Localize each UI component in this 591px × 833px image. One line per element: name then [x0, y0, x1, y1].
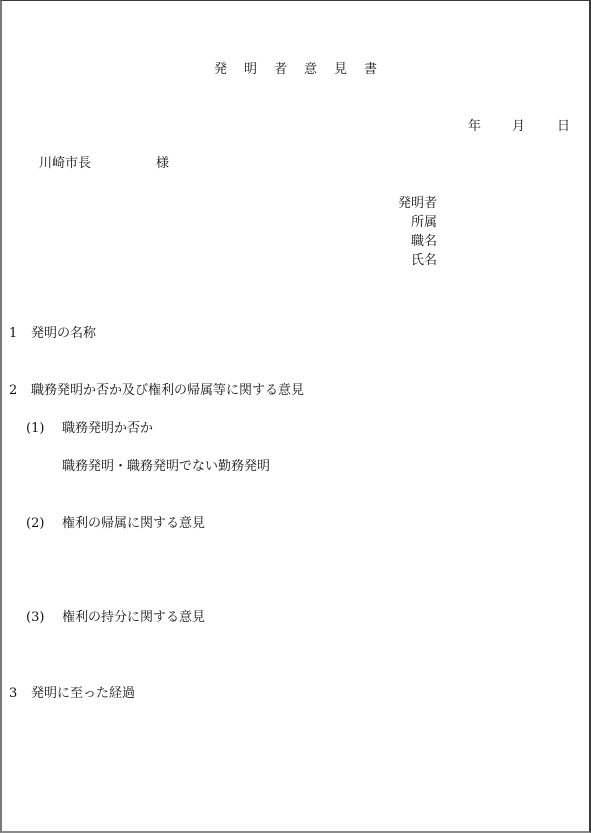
date-day-label: 日	[557, 119, 570, 135]
title-char: 書	[364, 62, 377, 78]
subsection-2-3: (3)権利の持分に関する意見	[26, 610, 205, 626]
section-number: 1	[9, 326, 31, 342]
title-char: 見	[334, 62, 347, 78]
subsection-2-2: (2)権利の帰属に関する意見	[26, 516, 205, 532]
date-year-label: 年	[468, 119, 481, 135]
name-label: 氏名	[398, 251, 437, 270]
subsection-2-1: (1)職務発明か否か	[26, 421, 153, 437]
document-page: 発明者意見書 年 月 日 川崎市長 様 発明者 所属 職名 氏名 1発明の名称 …	[0, 0, 591, 833]
position-label: 職名	[398, 232, 437, 251]
inventor-block: 発明者 所属 職名 氏名	[398, 194, 437, 270]
subsection-number: (2)	[26, 516, 62, 532]
title-char: 者	[274, 62, 287, 78]
section-title: 発明の名称	[31, 326, 96, 341]
addressee: 川崎市長	[39, 156, 91, 172]
section-title: 職務発明か否か及び権利の帰属等に関する意見	[31, 383, 304, 398]
subsection-title: 職務発明か否か	[62, 421, 153, 436]
title-char: 発	[214, 62, 227, 78]
subsection-title: 権利の持分に関する意見	[62, 610, 205, 625]
inventor-heading: 発明者	[398, 194, 437, 213]
section-number: 3	[9, 686, 31, 702]
section-number: 2	[9, 383, 31, 399]
section-title: 発明に至った経過	[31, 686, 135, 701]
section-2: 2職務発明か否か及び権利の帰属等に関する意見	[9, 383, 304, 399]
subsection-number: (3)	[26, 610, 62, 626]
affiliation-label: 所属	[398, 213, 437, 232]
honorific: 様	[156, 156, 169, 172]
invention-type-options: 職務発明・職務発明でない勤務発明	[62, 459, 270, 475]
document-title: 発明者意見書	[2, 62, 589, 78]
title-char: 明	[244, 62, 257, 78]
section-1: 1発明の名称	[9, 326, 96, 342]
section-3: 3発明に至った経過	[9, 686, 135, 702]
date-month-label: 月	[512, 119, 525, 135]
subsection-number: (1)	[26, 421, 62, 437]
title-char: 意	[304, 62, 317, 78]
subsection-title: 権利の帰属に関する意見	[62, 516, 205, 531]
